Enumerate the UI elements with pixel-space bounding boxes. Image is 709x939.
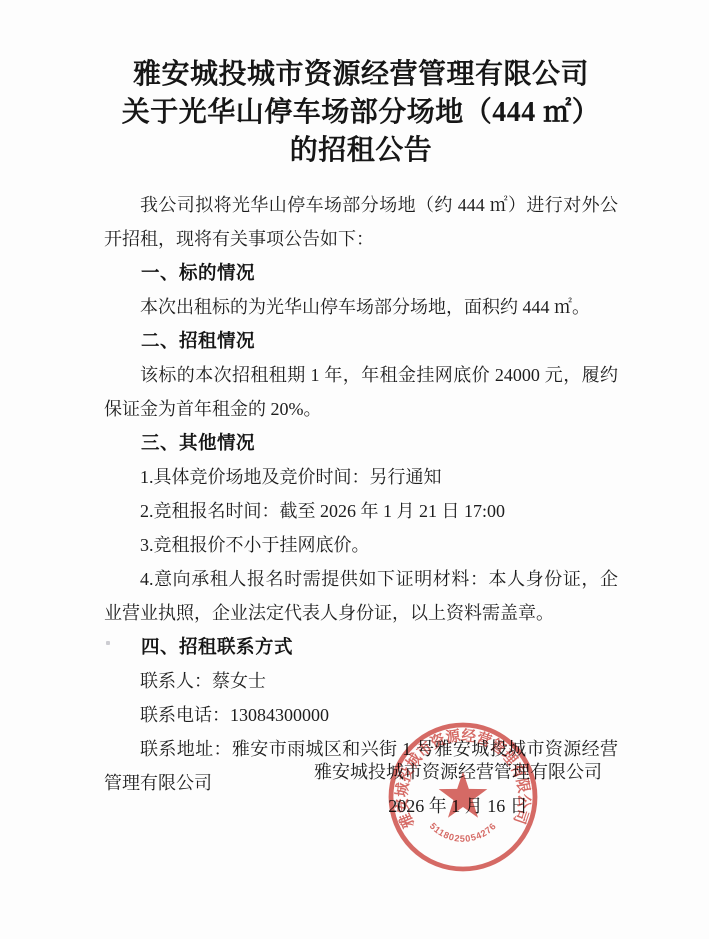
document-title: 雅安城投城市资源经营管理有限公司 关于光华山停车场部分场地（444 ㎡） 的招租…	[104, 56, 618, 170]
svg-text:5118025054276: 5118025054276	[428, 821, 499, 844]
section-2-heading: 二、招租情况	[104, 324, 618, 358]
section-2-paragraph: 该标的本次招租租期 1 年，年租金挂网底价 24000 元，履约保证金为首年租金…	[104, 358, 618, 426]
section-1-heading: 一、标的情况	[104, 256, 618, 290]
scan-speck	[106, 641, 110, 645]
section-4-heading: 四、招租联系方式	[104, 630, 618, 664]
section-3-item-3: 3.竞租报价不小于挂网底价。	[104, 528, 618, 562]
intro-paragraph: 我公司拟将光华山停车场部分场地（约 444 ㎡）进行对外公开招租，现将有关事项公…	[104, 188, 618, 256]
signature-block: 雅安城投城市资源经营管理有限公司 2026 年 1 月 16 日	[314, 755, 602, 823]
document-content: 雅安城投城市资源经营管理有限公司 关于光华山停车场部分场地（444 ㎡） 的招租…	[104, 56, 618, 800]
announcement-page: 雅安城投城市资源经营管理有限公司 关于光华山停车场部分场地（444 ㎡） 的招租…	[0, 0, 709, 939]
title-line-1: 雅安城投城市资源经营管理有限公司	[104, 56, 618, 94]
section-3-item-2: 2.竞租报名时间：截至 2026 年 1 月 21 日 17:00	[104, 494, 618, 528]
section-3-item-1: 1.具体竞价场地及竞价时间：另行通知	[104, 460, 618, 494]
document-body: 我公司拟将光华山停车场部分场地（约 444 ㎡）进行对外公开招租，现将有关事项公…	[104, 188, 618, 800]
signature-company: 雅安城投城市资源经营管理有限公司	[314, 755, 602, 789]
section-1-paragraph: 本次出租标的为光华山停车场部分场地，面积约 444 ㎡。	[104, 290, 618, 324]
contact-person: 联系人：蔡女士	[104, 664, 618, 698]
section-3-heading: 三、其他情况	[104, 426, 618, 460]
contact-phone: 联系电话：13084300000	[104, 698, 618, 732]
title-line-2: 关于光华山停车场部分场地（444 ㎡）	[104, 94, 618, 132]
signature-date: 2026 年 1 月 16 日	[314, 789, 602, 823]
section-3-item-4: 4.意向承租人报名时需提供如下证明材料：本人身份证，企业营业执照，企业法定代表人…	[104, 562, 618, 630]
title-line-3: 的招租公告	[104, 132, 618, 170]
seal-serial-number: 5118025054276	[428, 821, 499, 844]
